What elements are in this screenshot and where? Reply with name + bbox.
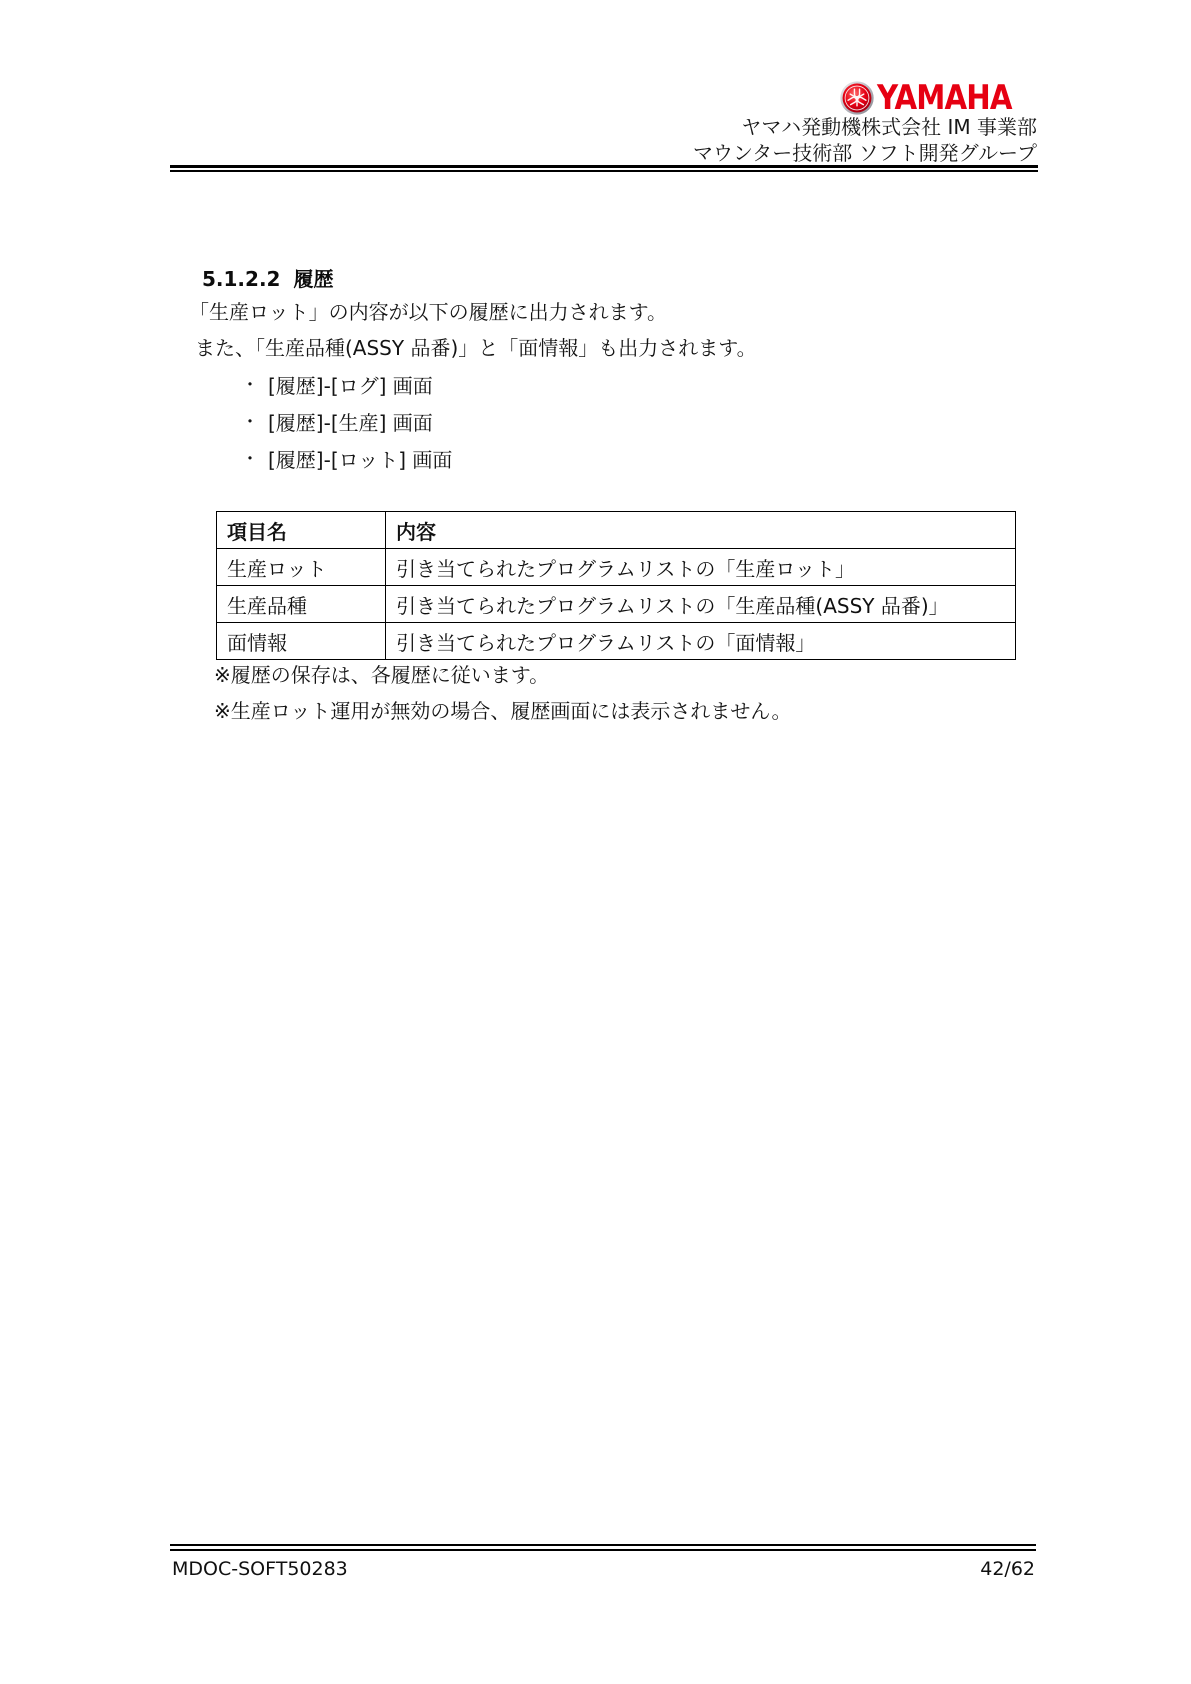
page-number: 42/62 [980,1558,1035,1580]
document-id: MDOC-SOFT50283 [172,1558,348,1580]
table-cell-content: 引き当てられたプログラムリストの「生産ロット」 [386,549,1016,586]
document-page: YAMAHA ヤマハ発動機株式会社 IM 事業部 マウンター技術部 ソフト開発グ… [0,0,1191,1684]
list-item: ・ [履歴]-[生産] 画面 [241,411,433,435]
footer-rule [170,1544,1036,1551]
bullet-marker: ・ [241,448,268,472]
table-cell-content: 引き当てられたプログラムリストの「面情報」 [386,623,1016,660]
bullet-marker: ・ [241,411,268,435]
table-cell-item: 生産ロット [217,549,386,586]
section-number: 5.1.2.2 [202,267,280,291]
brand-wordmark: YAMAHA [877,81,1012,115]
table-cell-item: 面情報 [217,623,386,660]
table-header-row: 項目名 内容 [217,512,1016,549]
column-header-content: 内容 [386,512,1016,549]
section-heading: 5.1.2.2履歴 [202,268,333,290]
list-item: ・ [履歴]-[ロット] 画面 [241,448,452,472]
table-row: 生産品種 引き当てられたプログラムリストの「生産品種(ASSY 品番)」 [217,586,1016,623]
section-title: 履歴 [293,267,333,291]
yamaha-tuning-fork-logo-icon [840,81,874,115]
list-item-label: [履歴]-[ロット] 画面 [268,448,452,472]
table-cell-content: 引き当てられたプログラムリストの「生産品種(ASSY 品番)」 [386,586,1016,623]
table-row: 生産ロット 引き当てられたプログラムリストの「生産ロット」 [217,549,1016,586]
spec-table: 項目名 内容 生産ロット 引き当てられたプログラムリストの「生産ロット」 生産品… [216,511,1016,660]
list-item: ・ [履歴]-[ログ] 画面 [241,374,433,398]
header-rule [170,165,1038,172]
table-row: 面情報 引き当てられたプログラムリストの「面情報」 [217,623,1016,660]
company-name: ヤマハ発動機株式会社 IM 事業部 [741,115,1037,139]
bullet-marker: ・ [241,374,268,398]
table-cell-item: 生産品種 [217,586,386,623]
brand-row: YAMAHA [840,79,1034,117]
note: ※履歴の保存は、各履歴に従います。 [214,663,549,688]
note: ※生産ロット運用が無効の場合、履歴画面には表示されません。 [214,699,792,724]
list-item-label: [履歴]-[生産] 画面 [268,411,433,435]
column-header-item: 項目名 [217,512,386,549]
paragraph: 「生産ロット」の内容が以下の履歴に出力されます。 [189,299,667,325]
list-item-label: [履歴]-[ログ] 画面 [268,374,433,398]
paragraph: また、「生産品種(ASSY 品番)」と「面情報」も出力されます。 [195,335,757,361]
department-name: マウンター技術部 ソフト開発グループ [693,141,1037,165]
